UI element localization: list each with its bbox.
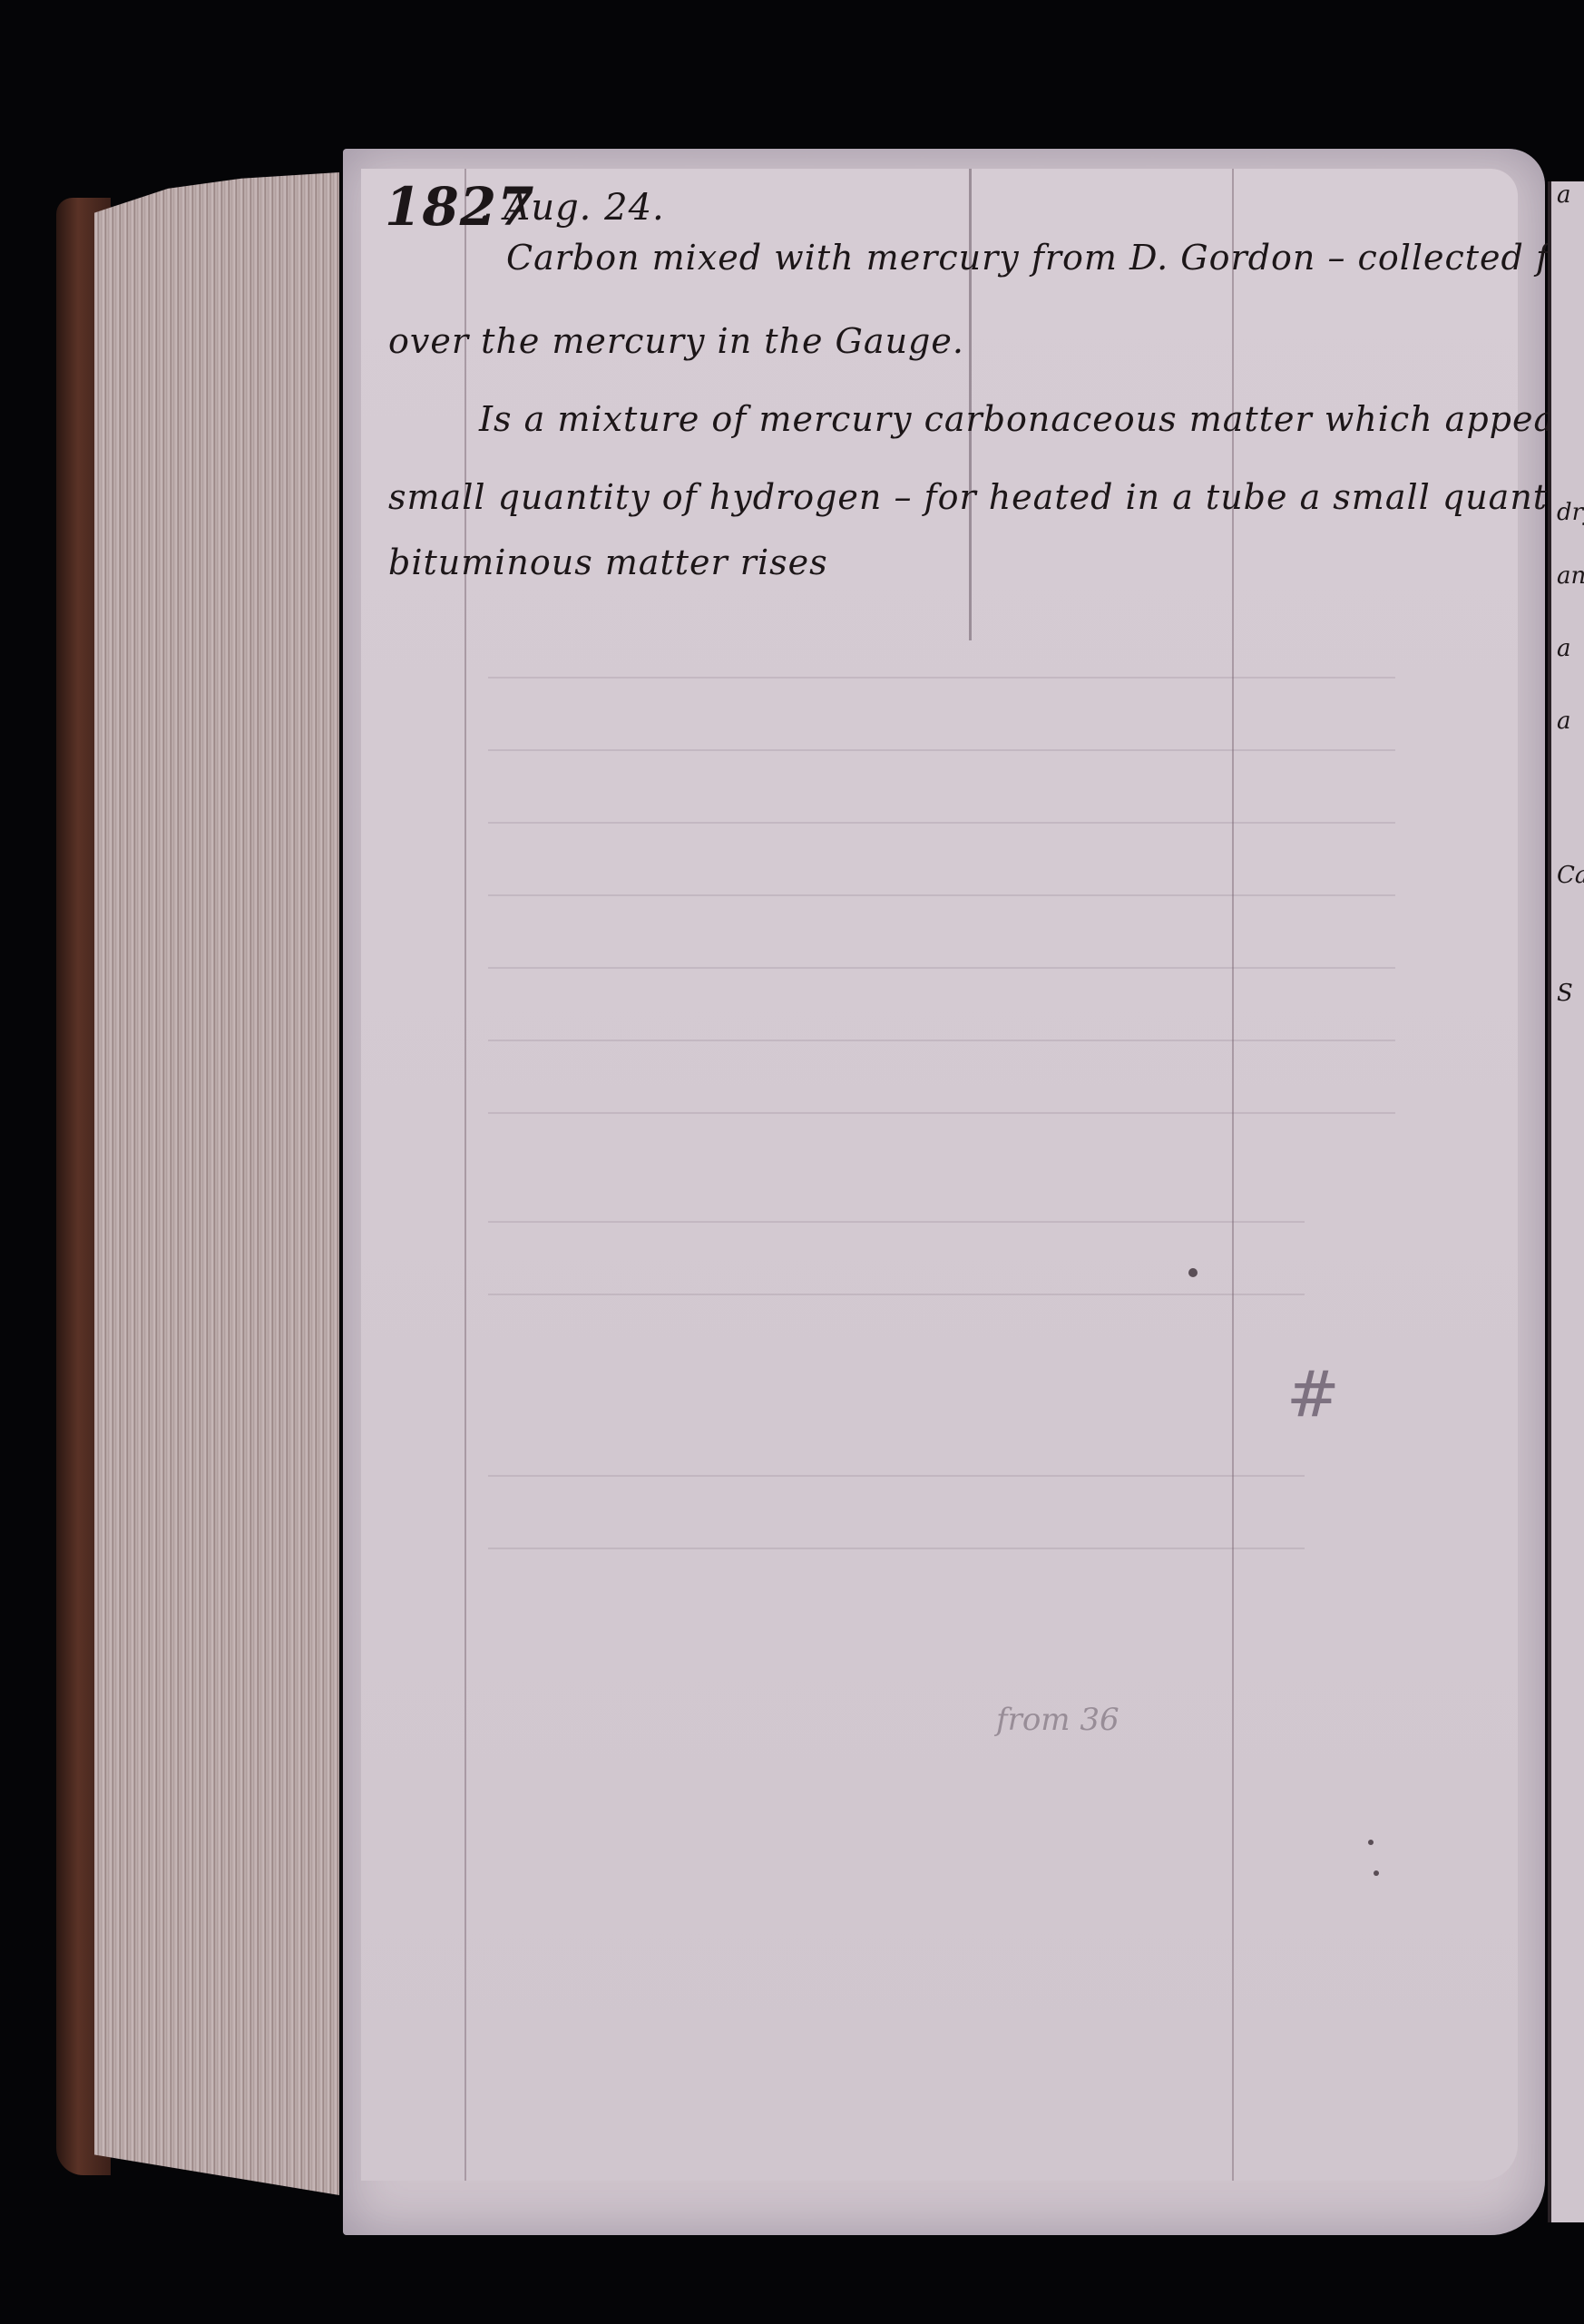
notebook-page: 1827 . Aug. 24. Carbon mixed with mercur… [343,149,1545,2235]
bleed-through-line [488,1221,1305,1223]
bleed-through-line [488,1112,1395,1114]
bleed-through-line [488,677,1395,679]
right-column-rule [1232,169,1234,2181]
bleed-through-line [488,967,1395,969]
page-writing-area: 1827 . Aug. 24. Carbon mixed with mercur… [361,169,1518,2181]
facing-page-fragment: dry [1557,499,1584,526]
entry-line: Is a mixture of mercury carbonaceous mat… [479,399,1584,439]
left-margin-rule [464,169,466,2181]
entry-line: over the mercury in the Gauge. [388,321,964,361]
facing-page-fragment: Ca [1557,862,1584,889]
bleed-through-line [488,1548,1305,1549]
facing-page-fragment: S [1557,980,1573,1007]
entry-date: . Aug. 24. [479,187,665,229]
entry-line: small quantity of hydrogen – for heated … [388,477,1584,517]
bleed-through-text: from 36 [996,1702,1120,1738]
entry-line: Carbon mixed with mercury from D. Gordon… [506,238,1584,278]
bleed-through-line [488,894,1395,896]
facing-page-fragment: a [1557,181,1571,209]
bleed-through-line [488,1475,1305,1477]
page-stack-edge [94,172,339,2195]
bleed-through-line [488,822,1395,824]
ink-spot [1368,1840,1374,1845]
ink-spot [1374,1870,1379,1876]
ink-spot [1188,1268,1198,1277]
entry-line: bituminous matter rises [388,542,828,582]
bleed-through-line [488,1294,1305,1295]
facing-page-fragment: a [1557,635,1571,662]
bleed-through-line [488,1040,1395,1041]
facing-page-fragment: an [1557,562,1584,590]
bleed-through-line [488,749,1395,751]
facing-page-edge: a dry an a a Ca S [1548,181,1584,2222]
pencil-hash-mark: # [1286,1357,1340,1431]
facing-page-fragment: a [1557,708,1571,735]
